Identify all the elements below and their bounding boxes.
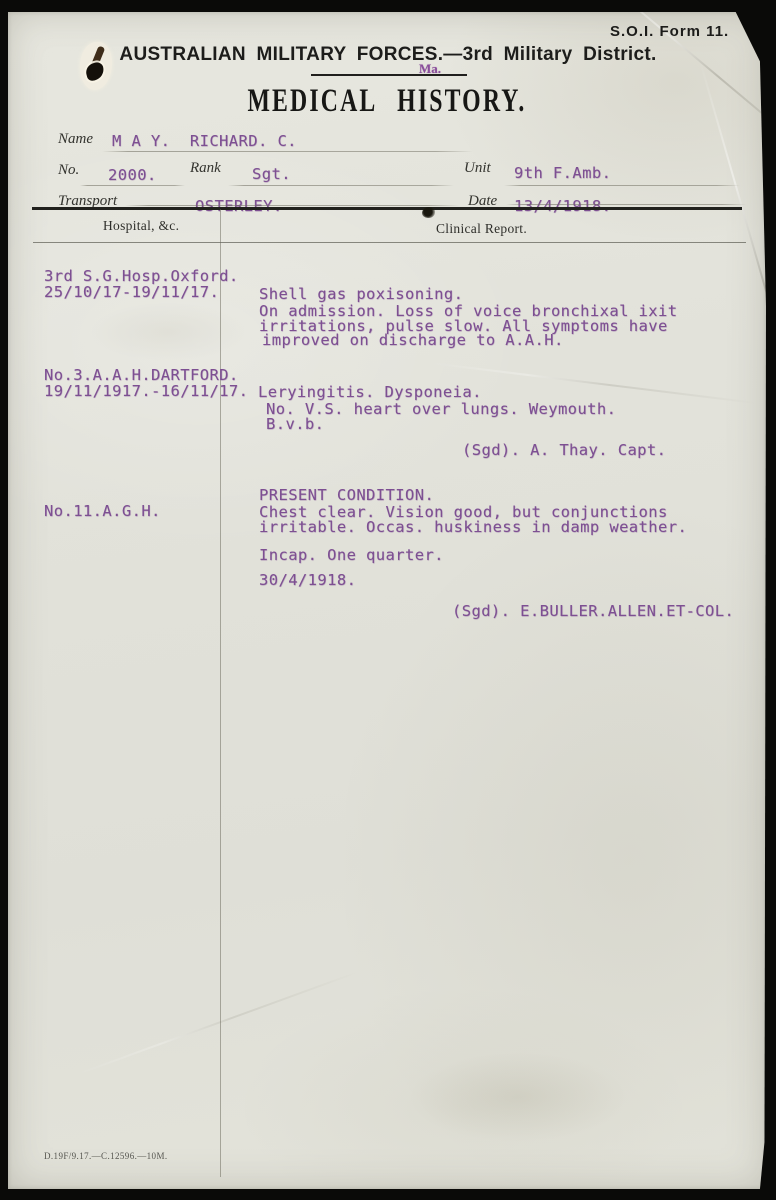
report-line: improved on discharge to A.A.H. (262, 331, 564, 349)
unit-value: 9th F.Amb. (514, 164, 611, 182)
form-number: S.O.I. Form 11. (610, 23, 729, 40)
ink-blot (422, 207, 435, 218)
hospital-line: 19/11/1917.-16/11/17. (44, 382, 248, 400)
column-header-hospital: Hospital, &c. (103, 218, 179, 234)
ma-stamp: Ma. (419, 61, 441, 77)
report-line: PRESENT CONDITION. (259, 486, 434, 504)
header-rule (311, 74, 467, 76)
table-top-rule (32, 207, 742, 210)
date-value: 13/4/1918. (514, 197, 611, 215)
name-label: Name (58, 131, 93, 148)
no-label: No. (58, 162, 79, 179)
field-underline (228, 185, 454, 186)
paper-sheet (8, 12, 766, 1189)
rank-label: Rank (190, 160, 221, 177)
crease-line (699, 61, 776, 465)
crease-line (77, 971, 360, 1075)
field-underline (102, 151, 473, 152)
report-line: Shell gas poxisoning. (259, 285, 463, 303)
no-value: 2000. (108, 166, 157, 184)
report-line: irritable. Occas. huskiness in damp weat… (259, 518, 687, 536)
column-divider (220, 209, 221, 1177)
hospital-line: 25/10/17-19/11/17. (44, 283, 219, 301)
field-underline (125, 205, 460, 206)
name-value: M A Y. RICHARD. C. (112, 132, 297, 150)
field-underline (506, 204, 746, 205)
column-header-clinical: Clinical Report. (436, 221, 527, 237)
printers-imprint: D.19F/9.17.—C.12596.—10M. (44, 1151, 168, 1161)
report-line: Leryingitis. Dysponeia. (258, 383, 482, 401)
paper-stain (408, 1052, 628, 1142)
unit-label: Unit (464, 160, 491, 177)
document-header: AUSTRALIAN MILITARY FORCES.—3rd Military… (0, 44, 776, 66)
rank-value: Sgt. (252, 165, 291, 183)
scan-background: S.O.I. Form 11. AUSTRALIAN MILITARY FORC… (0, 0, 776, 1200)
page-title: MEDICAL HISTORY. (247, 83, 526, 120)
hospital-line: No.11.A.G.H. (44, 502, 161, 520)
transport-value: OSTERLEY. (195, 197, 283, 215)
report-line: 30/4/1918. (259, 571, 356, 589)
field-underline (80, 185, 185, 186)
table-header-rule (33, 242, 746, 243)
signature-line: (Sgd). A. Thay. Capt. (462, 441, 666, 459)
signature-line: (Sgd). E.BULLER.ALLEN.ET-COL. (452, 602, 734, 620)
report-line: B.v.b. (266, 415, 324, 433)
paper-stain (88, 302, 248, 362)
field-underline (504, 185, 740, 186)
report-line: Incap. One quarter. (259, 546, 444, 564)
